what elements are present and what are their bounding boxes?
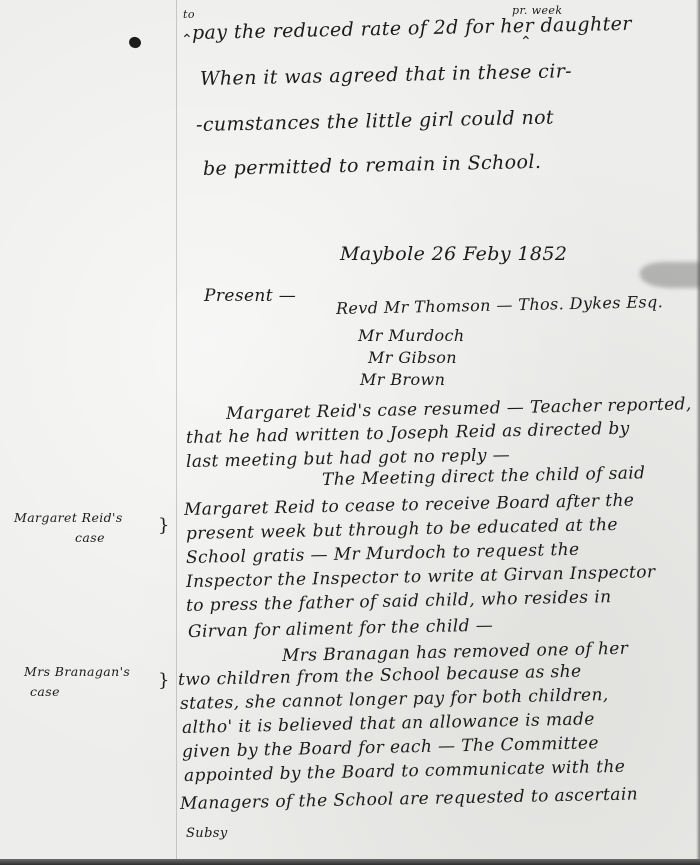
dateline: Maybole 26 Feby 1852 (340, 243, 567, 265)
margin-note-case: case (75, 530, 105, 545)
margin-rule (176, 0, 177, 865)
ink-smudge (640, 262, 700, 288)
attendee: Mr Brown (360, 370, 445, 389)
attendee: Mr Murdoch (358, 326, 465, 345)
minute-line: Girvan for aliment for the child — (188, 616, 494, 642)
minute-line: appointed by the Board to communicate wi… (184, 757, 626, 786)
continuation-line: be permitted to remain in School. (203, 151, 542, 180)
manuscript-page: to ⌃ pr. week ⌃ pay the reduced rate of … (0, 0, 700, 865)
minute-line: to press the father of said child, who r… (186, 587, 612, 616)
minute-line: Managers of the School are requested to … (180, 784, 638, 814)
present-label: Present — (204, 286, 296, 306)
margin-note-title: Mrs Branagan's (24, 664, 130, 679)
catchword: Subsy (186, 826, 228, 841)
attendee: Mr Gibson (368, 348, 457, 367)
brace-icon: } (158, 515, 170, 536)
margin-note-title: Margaret Reid's (14, 510, 123, 525)
margin-note-case: case (30, 684, 60, 699)
continuation-line: pay the reduced rate of 2d for her daugh… (192, 13, 632, 44)
minute-line: School gratis — Mr Murdoch to request th… (186, 540, 580, 568)
insertion-mark: to (183, 8, 195, 21)
page-edge-bottom (0, 859, 700, 865)
ink-blot (127, 35, 142, 49)
continuation-line: When it was agreed that in these cir- (200, 60, 572, 90)
minute-line: two children from the School because as … (178, 662, 582, 690)
brace-icon: } (158, 670, 170, 691)
continuation-line: -cumstances the little girl could not (196, 107, 554, 136)
page-edge-right (696, 0, 700, 865)
attendee: Revd Mr Thomson — Thos. Dykes Esq. (336, 292, 664, 318)
